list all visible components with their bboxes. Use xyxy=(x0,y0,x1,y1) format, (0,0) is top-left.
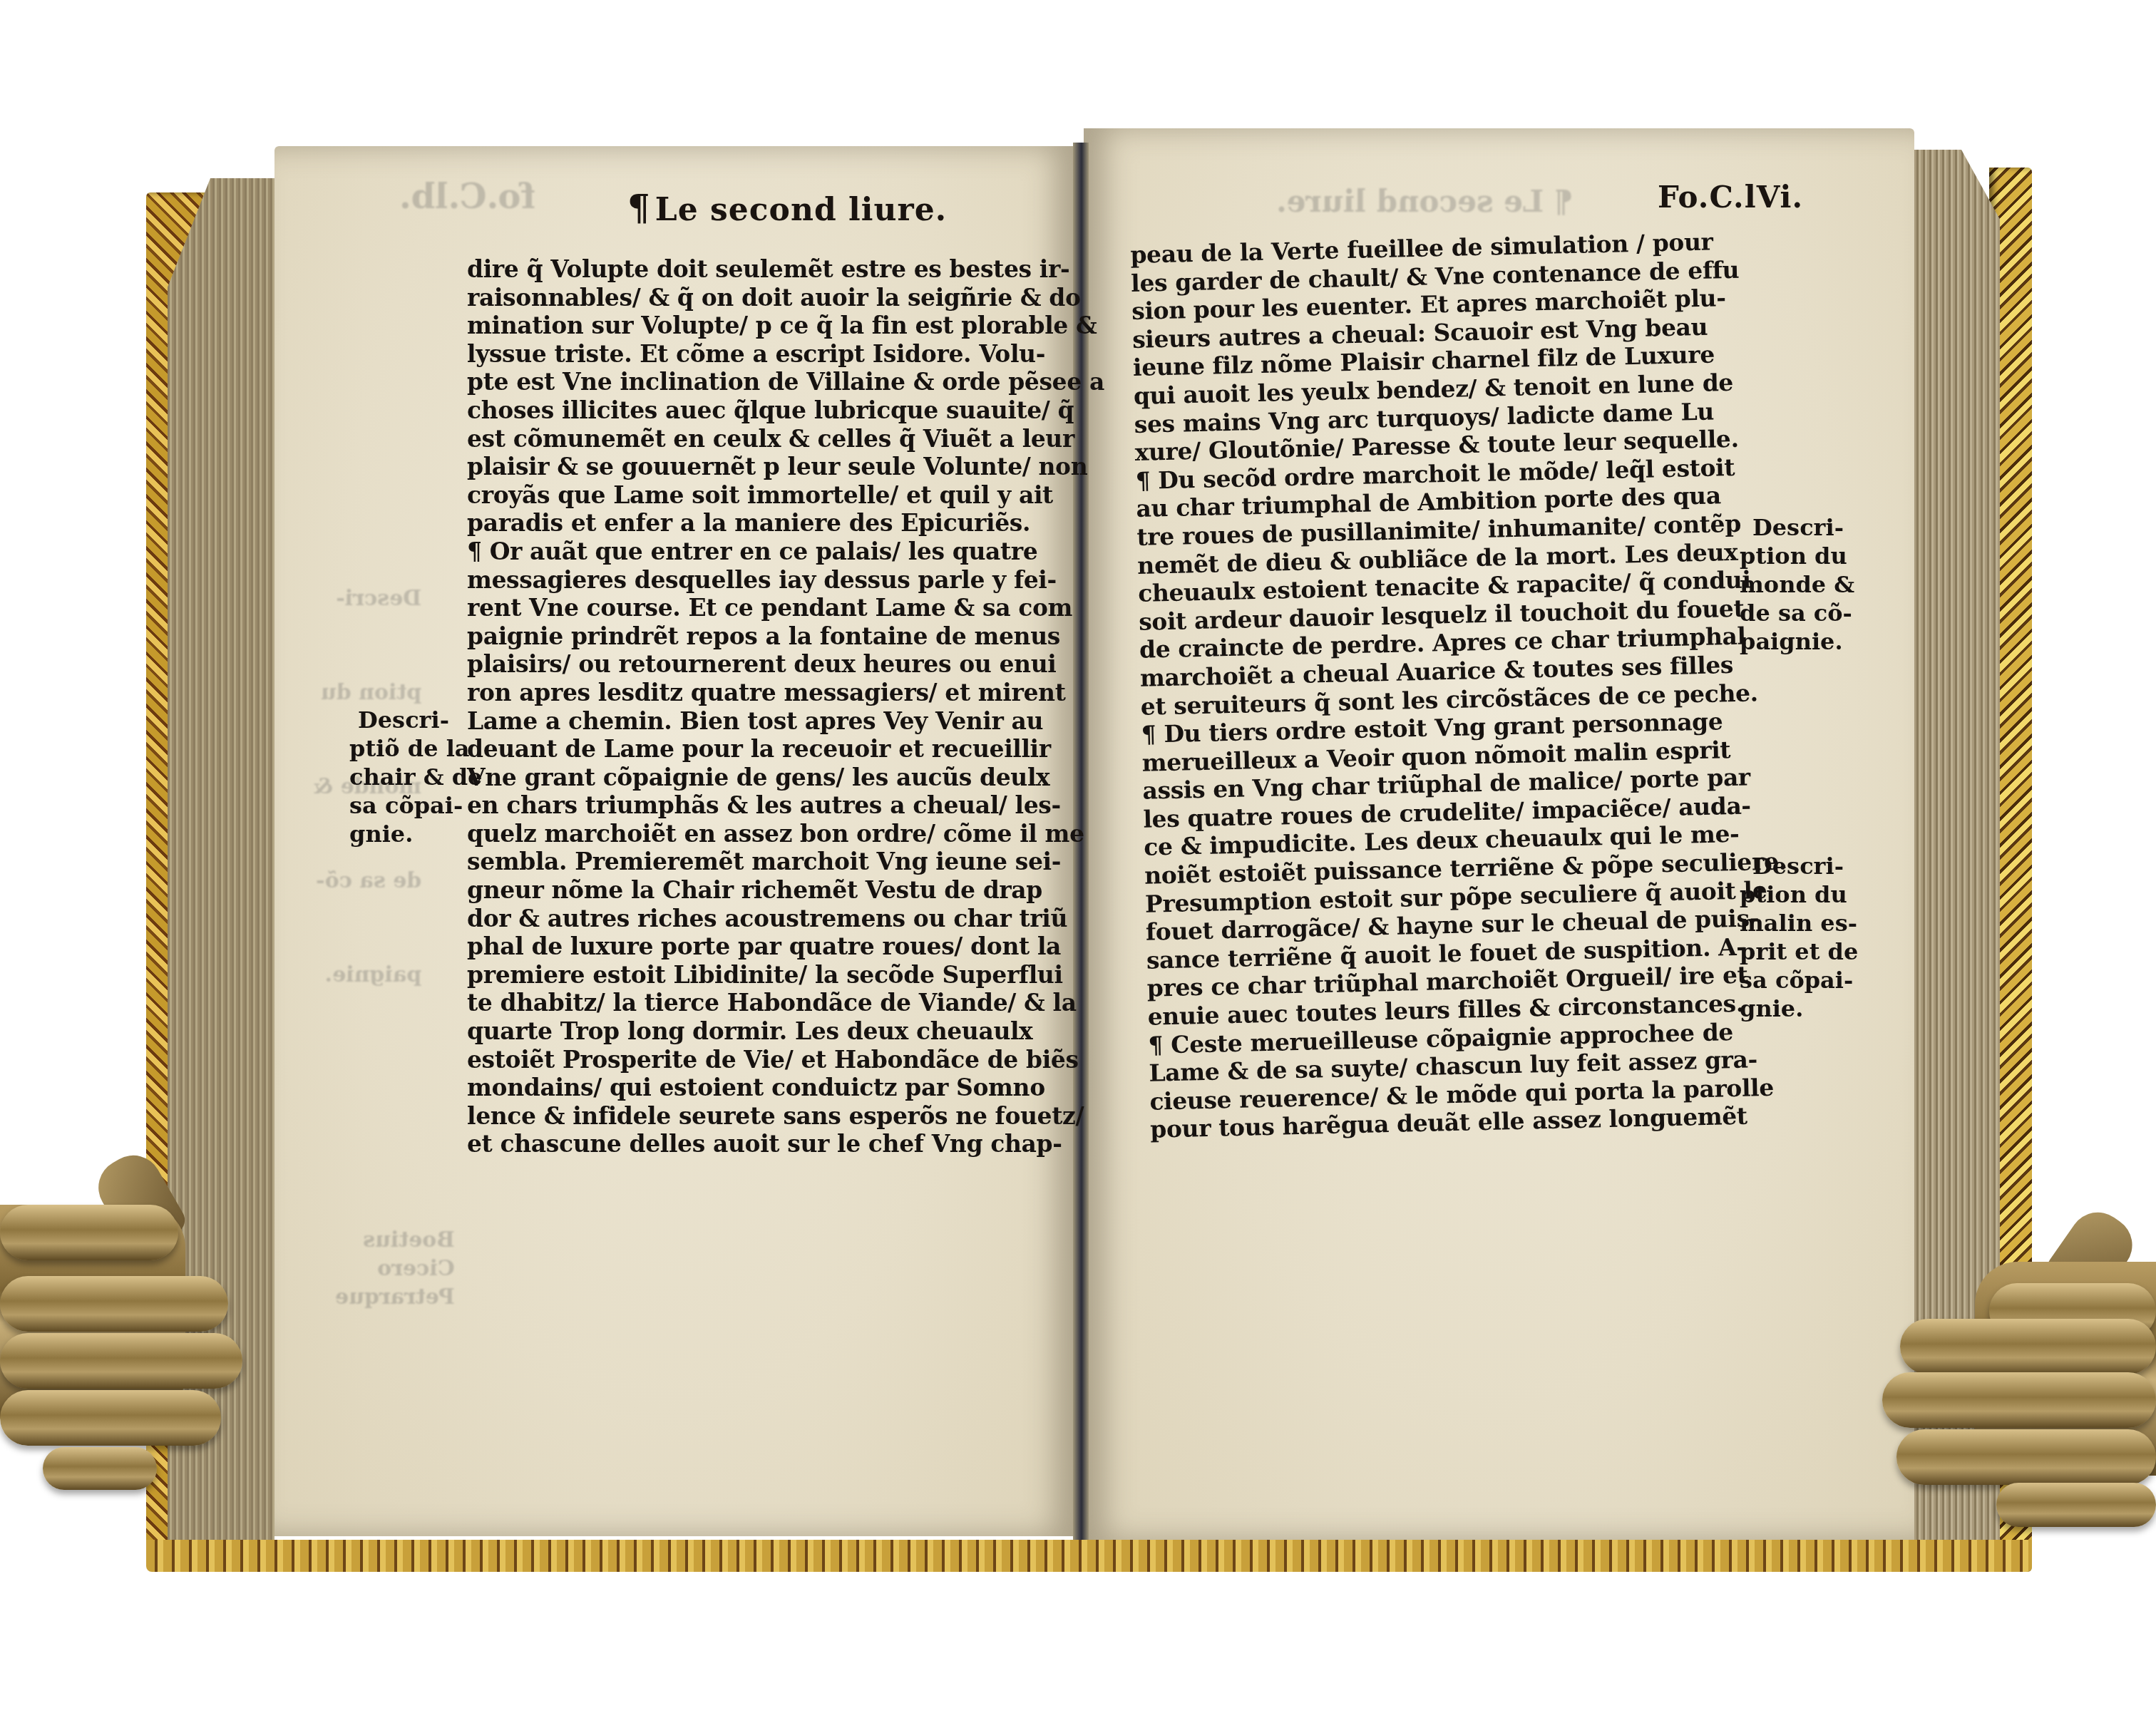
text-line: te dhabitz/ la tierce Habondãce de Viand… xyxy=(467,989,1048,1017)
text-line: dire q̃ Volupte doit seulemẽt estre es b… xyxy=(467,255,1048,284)
text-line: mondains/ qui estoient conduictz par Som… xyxy=(467,1074,1048,1102)
pilcrow-icon: ¶ xyxy=(627,187,651,229)
text-line: plaisir & se gouuernẽt p leur seule Volu… xyxy=(467,453,1048,481)
text-line: paradis et enfer a la maniere des Epicur… xyxy=(467,509,1048,537)
finger-left-4 xyxy=(0,1390,221,1446)
text-line: deuant de Lame pour la receuoir et recue… xyxy=(467,735,1048,763)
ghost-running-head-right: ¶ Le second liure. xyxy=(1276,184,1574,219)
text-line: plaisirs/ ou retournerent deux heures ou… xyxy=(467,650,1048,679)
right-page-text: peau de la Verte fueillee de simulation … xyxy=(1130,227,1753,1144)
running-head-text: Le second liure. xyxy=(655,192,947,228)
finger-left-5 xyxy=(43,1447,157,1490)
book-photo: fo.C.lb. ¶ Le second liure. Descri- ptio… xyxy=(0,0,2156,1713)
text-line: gneur nõme la Chair richemẽt Vestu de dr… xyxy=(467,876,1048,905)
text-line: pte est Vne inclination de Villaine & or… xyxy=(467,368,1048,396)
text-line: choses illicites auec q̃lque lubricque s… xyxy=(467,396,1048,425)
text-line: ¶ Or auãt que entrer en ce palais/ les q… xyxy=(467,537,1048,566)
text-line: dor & autres riches acoustremens ou char… xyxy=(467,905,1048,933)
finger-left-2 xyxy=(0,1276,228,1332)
margin-note-monde: Descri- ption du monde & de sa cõ- paign… xyxy=(1740,513,1854,656)
running-head-left: ¶Le second liure. xyxy=(627,187,947,229)
text-line: messagieres desquelles iay dessus parle … xyxy=(467,566,1048,595)
text-line: estoiẽt Prosperite de Vie/ et Habondãce … xyxy=(467,1046,1048,1074)
text-line: croyãs que Lame soit immortelle/ et quil… xyxy=(467,481,1048,510)
text-line: en chars triumphãs & les autres a cheual… xyxy=(467,791,1048,820)
text-line: et chascune delles auoit sur le chef Vng… xyxy=(467,1130,1048,1158)
text-line: lyssue triste. Et cõme a escript Isidore… xyxy=(467,340,1048,369)
left-page-text: dire q̃ Volupte doit seulemẽt estre es b… xyxy=(467,255,1048,1158)
finger-right-5 xyxy=(1996,1483,2156,1527)
text-line: raisonnables/ & q̃ on doit auoir la seig… xyxy=(467,284,1048,312)
text-line: mination sur Volupte/ p ce q̃ la fin est… xyxy=(467,312,1048,340)
text-line: sembla. Premieremẽt marchoit Vng ieune s… xyxy=(467,848,1048,876)
text-line: ron apres lesditz quatre messagiers/ et … xyxy=(467,679,1048,707)
ghost-folio-left: fo.C.lb. xyxy=(399,177,535,217)
text-line: lence & infidele seurete sans esperõs ne… xyxy=(467,1102,1048,1131)
text-line: Vne grant cõpaignie de gens/ les aucũs d… xyxy=(467,763,1048,792)
text-line: rent Vne course. Et ce pendant Lame & sa… xyxy=(467,594,1048,622)
text-line: phal de luxure porte par quatre roues/ d… xyxy=(467,932,1048,961)
text-line: quelz marchoiẽt en assez bon ordre/ cõme… xyxy=(467,820,1048,848)
finger-right-2 xyxy=(1900,1319,2156,1374)
text-line: Lame a chemin. Bien tost apres Vey Venir… xyxy=(467,707,1048,736)
margin-note-malin-esprit: Descri- ption du malin es- prit et de sa… xyxy=(1740,852,1858,1023)
finger-right-3 xyxy=(1882,1372,2156,1428)
gilt-cover-bottom xyxy=(146,1540,2032,1572)
text-line: quarte Trop long dormir. Les deux cheuau… xyxy=(467,1017,1048,1046)
text-line: premiere estoit Libidinite/ la secõde Su… xyxy=(467,961,1048,989)
finger-left-1 xyxy=(0,1205,178,1260)
text-line: paignie prindrẽt repos a la fontaine de … xyxy=(467,622,1048,651)
text-line: est cõmunemẽt en ceulx & celles q̃ Viuẽt… xyxy=(467,425,1048,453)
folio-number: Fo.C.lVi. xyxy=(1658,180,1803,215)
ghost-margin-note-2: Boetius Cicero Petrarque xyxy=(335,1226,455,1312)
margin-note-chair: Descri- ptiõ de la chair & de sa cõpai- … xyxy=(349,706,482,848)
finger-right-4 xyxy=(1896,1429,2156,1485)
finger-left-3 xyxy=(0,1333,242,1389)
